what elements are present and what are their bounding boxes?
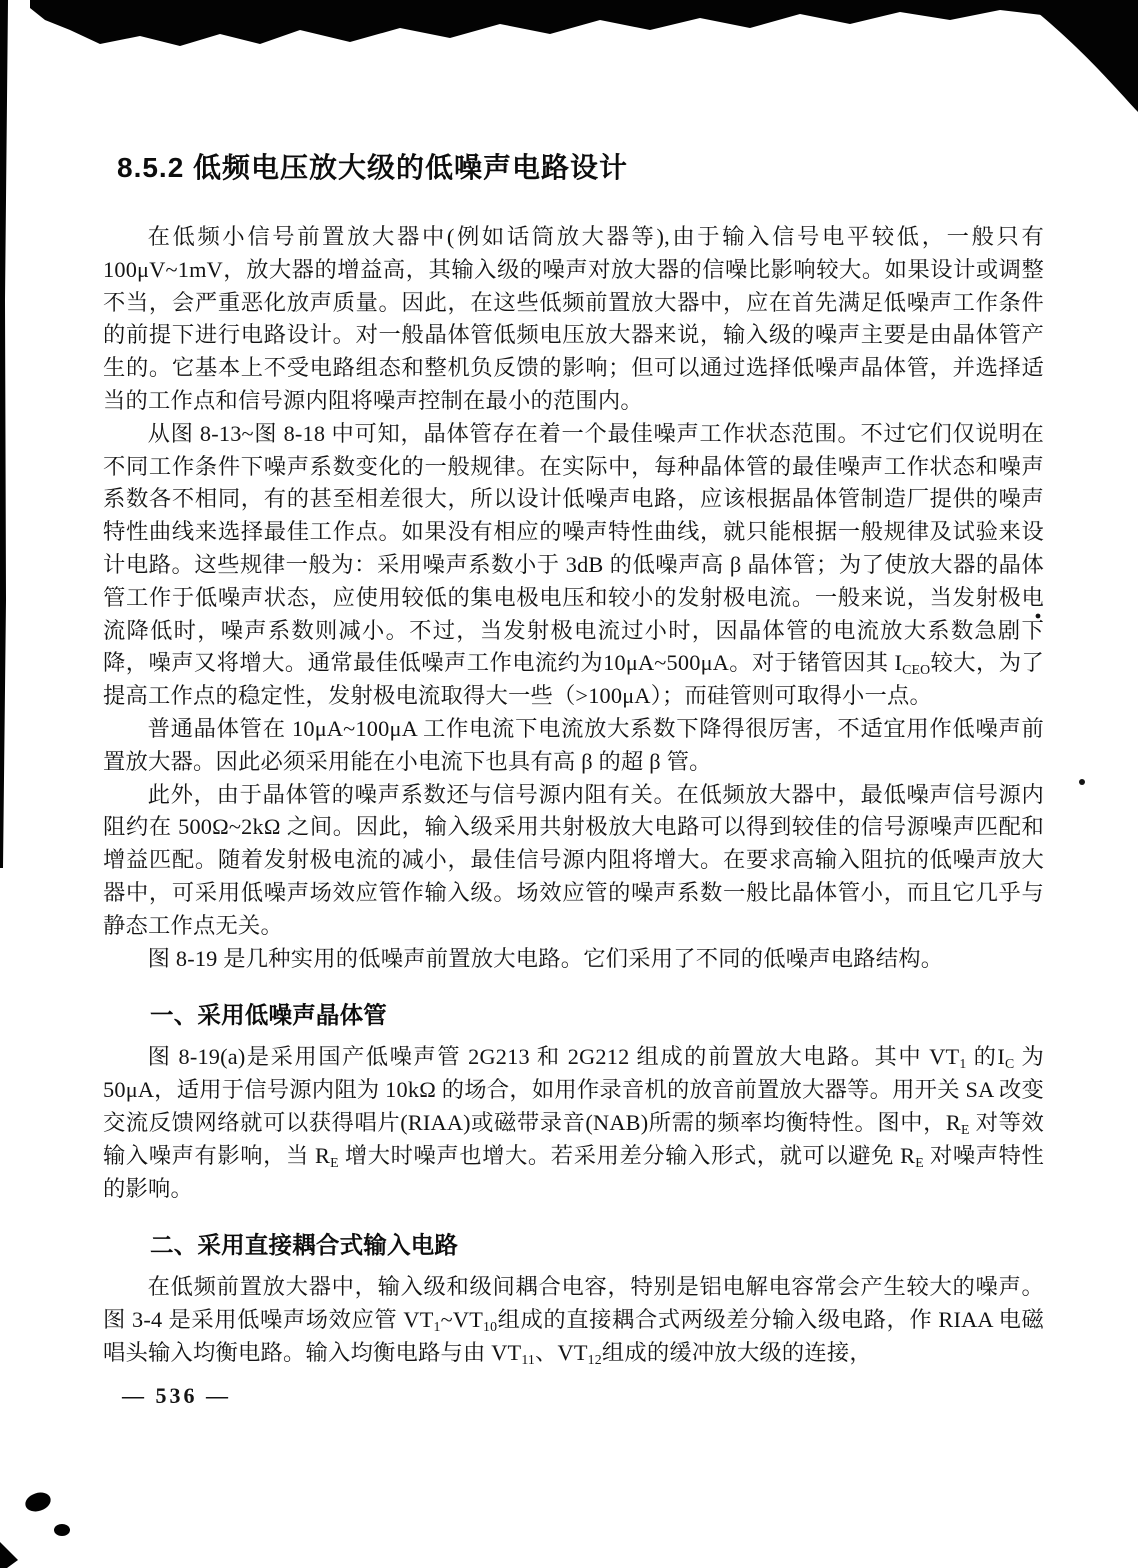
section-heading: 二、采用直接耦合式输入电路 (103, 1230, 1044, 1260)
body-paragraph: 此外，由于晶体管的噪声系数还与信号源内阻有关。在低频放大器中，最低噪声信号源内阻… (103, 779, 1044, 943)
page-number: — 536 — (122, 1383, 231, 1409)
body-paragraph: 图 8-19(a)是采用国产低噪声管 2G213 和 2G212 组成的前置放大… (103, 1041, 1044, 1205)
body-paragraph: 普通晶体管在 10μA~100μA 工作电流下电流放大系数下降得很厉害，不适宜用… (103, 713, 1044, 779)
scan-artifact-corner-wedge (1022, 0, 1138, 112)
section-heading: 一、采用低噪声晶体管 (103, 1000, 1044, 1030)
scan-artifact-bottom-specks (0, 1489, 70, 1568)
body-paragraph: 在低频小信号前置放大器中(例如话筒放大器等),由于输入信号电平较低，一般只有10… (103, 221, 1044, 418)
scanned-document-page: 8.5.2 低频电压放大级的低噪声电路设计 在低频小信号前置放大器中(例如话筒放… (0, 0, 1138, 1568)
scan-artifact-top-band (30, 0, 1102, 46)
body-paragraph: 图 8-19 是几种实用的低噪声前置放大电路。它们采用了不同的低噪声电路结构。 (103, 943, 1044, 976)
body-paragraph: 从图 8-13~图 8-18 中可知，晶体管存在着一个最佳噪声工作状态范围。不过… (103, 418, 1044, 713)
document-body: 在低频小信号前置放大器中(例如话筒放大器等),由于输入信号电平较低，一般只有10… (103, 221, 1044, 1370)
scan-artifact-left-edge (0, 0, 8, 868)
document-title: 8.5.2 低频电压放大级的低噪声电路设计 (117, 146, 628, 186)
body-paragraph: 在低频前置放大器中，输入级和级间耦合电容，特别是铝电解电容常会产生较大的噪声。图… (103, 1271, 1044, 1369)
